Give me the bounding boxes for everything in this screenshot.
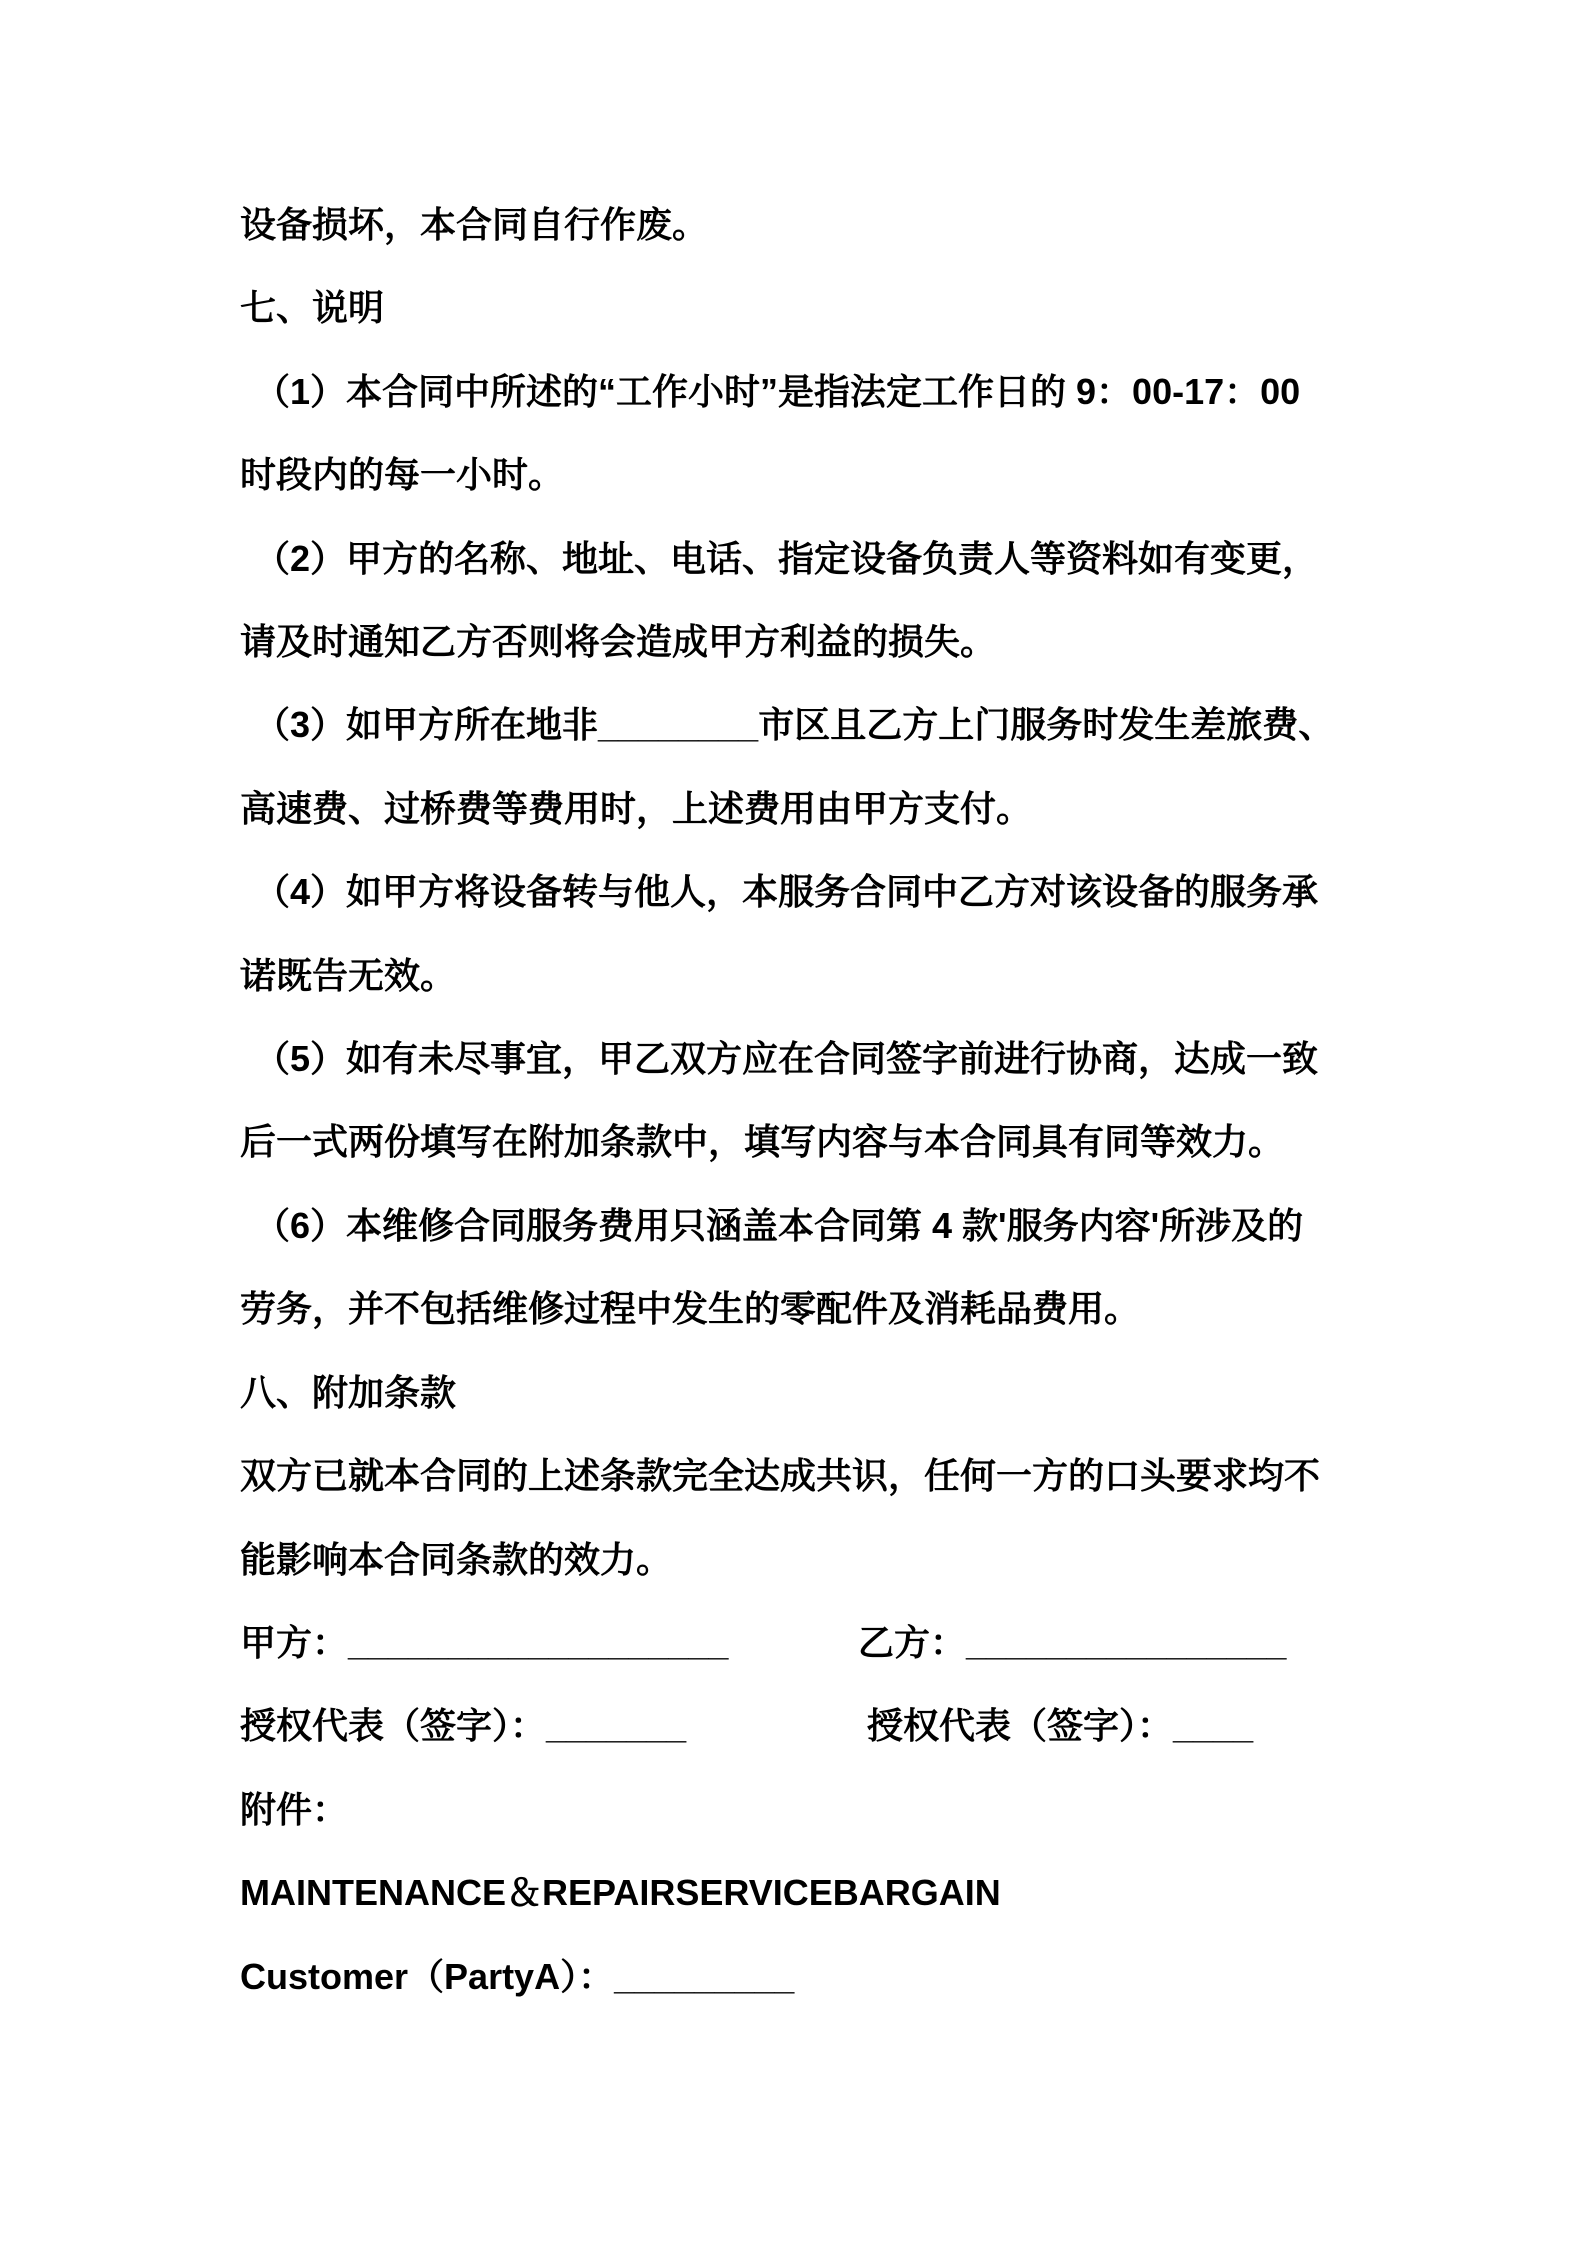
attachment-title-en: MAINTENANCE＆REPAIRSERVICEBARGAIN: [240, 1851, 1370, 1934]
section-heading-text: 八、附加条款: [240, 1372, 456, 1413]
item-7-1-line-2: 时段内的每一小时。: [240, 433, 1370, 516]
document-page: 设备损坏，本合同自行作废。七、说明（1）本合同中所述的“工作小时”是指法定工作日…: [0, 0, 1586, 2244]
line-text-second-column: 乙方：________________: [858, 1601, 1286, 1684]
line-text: （6）本维修合同服务费用只涵盖本合同第 4 款'服务内容'所涉及的: [254, 1205, 1303, 1246]
line-text-second-column: 授权代表（签字）：____: [867, 1684, 1253, 1767]
clause-6-tail: 设备损坏，本合同自行作废。: [240, 183, 1370, 266]
line-text: 设备损坏，本合同自行作废。: [240, 204, 708, 245]
line-text: Customer（PartyA）：_________: [240, 1956, 794, 1997]
line-text: （4）如甲方将设备转与他人，本服务合同中乙方对该设备的服务承: [254, 871, 1318, 912]
line-text: 甲方：___________________: [240, 1622, 728, 1663]
item-7-5-line-2: 后一式两份填写在附加条款中，填写内容与本合同具有同等效力。: [240, 1100, 1370, 1183]
closing-line-1: 双方已就本合同的上述条款完全达成共识，任何一方的口头要求均不: [240, 1434, 1370, 1517]
item-7-2-line-2: 请及时通知乙方否则将会造成甲方利益的损失。: [240, 600, 1370, 683]
line-text: 附件：: [240, 1789, 348, 1830]
line-text: （2）甲方的名称、地址、电话、指定设备负责人等资料如有变更，: [254, 538, 1318, 579]
item-7-3-line-1: （3）如甲方所在地非________市区且乙方上门服务时发生差旅费、: [240, 683, 1370, 766]
attachment-label: 附件：: [240, 1768, 1370, 1851]
line-text: MAINTENANCE＆REPAIRSERVICEBARGAIN: [240, 1872, 1001, 1913]
item-7-5-line-1: （5）如有未尽事宜，甲乙双方应在合同签字前进行协商，达成一致: [240, 1017, 1370, 1100]
item-7-6-line-2: 劳务，并不包括维修过程中发生的零配件及消耗品费用。: [240, 1267, 1370, 1350]
line-text: 后一式两份填写在附加条款中，填写内容与本合同具有同等效力。: [240, 1121, 1284, 1162]
closing-line-2: 能影响本合同条款的效力。: [240, 1518, 1370, 1601]
item-7-4-line-1: （4）如甲方将设备转与他人，本服务合同中乙方对该设备的服务承: [240, 850, 1370, 933]
line-text: 请及时通知乙方否则将会造成甲方利益的损失。: [240, 621, 996, 662]
heading-section-7: 七、说明: [240, 266, 1370, 349]
item-7-1-line-1: （1）本合同中所述的“工作小时”是指法定工作日的 9：00-17：00: [240, 350, 1370, 433]
line-text: （1）本合同中所述的“工作小时”是指法定工作日的 9：00-17：00: [254, 371, 1300, 412]
line-text: 诺既告无效。: [240, 955, 456, 996]
line-text: 时段内的每一小时。: [240, 454, 564, 495]
line-text: （3）如甲方所在地非________市区且乙方上门服务时发生差旅费、: [254, 704, 1334, 745]
item-7-3-line-2: 高速费、过桥费等费用时，上述费用由甲方支付。: [240, 767, 1370, 850]
line-text: 劳务，并不包括维修过程中发生的零配件及消耗品费用。: [240, 1288, 1140, 1329]
line-text: 能影响本合同条款的效力。: [240, 1539, 672, 1580]
customer-party-a-row: Customer（PartyA）：_________: [240, 1935, 1370, 2018]
item-7-4-line-2: 诺既告无效。: [240, 934, 1370, 1017]
representative-signature-row: 授权代表（签字）：_______授权代表（签字）：____: [240, 1684, 1370, 1767]
contract-text-body: 设备损坏，本合同自行作废。七、说明（1）本合同中所述的“工作小时”是指法定工作日…: [240, 183, 1370, 2018]
party-signature-row: 甲方：___________________乙方：_______________…: [240, 1601, 1370, 1684]
line-text: 高速费、过桥费等费用时，上述费用由甲方支付。: [240, 788, 1032, 829]
line-text: （5）如有未尽事宜，甲乙双方应在合同签字前进行协商，达成一致: [254, 1038, 1318, 1079]
heading-section-8: 八、附加条款: [240, 1351, 1370, 1434]
item-7-6-line-1: （6）本维修合同服务费用只涵盖本合同第 4 款'服务内容'所涉及的: [240, 1184, 1370, 1267]
line-text: 授权代表（签字）：_______: [240, 1705, 686, 1746]
section-heading-text: 七、说明: [240, 287, 384, 328]
line-text: 双方已就本合同的上述条款完全达成共识，任何一方的口头要求均不: [240, 1455, 1320, 1496]
item-7-2-line-1: （2）甲方的名称、地址、电话、指定设备负责人等资料如有变更，: [240, 517, 1370, 600]
